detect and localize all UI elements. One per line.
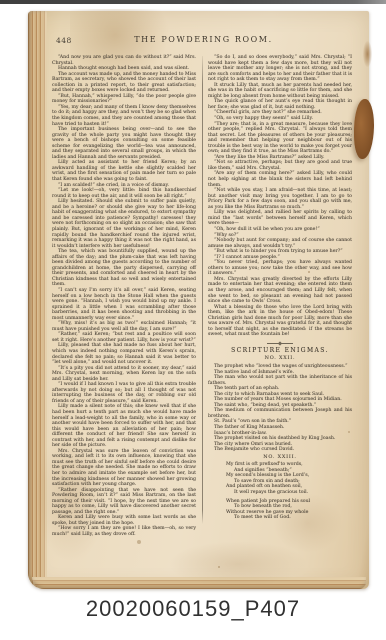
paragraph: “Yes, my dear; and many of them I know d… — [52, 105, 196, 127]
paragraph: Mrs. Chrystal was greatly diverted by th… — [208, 277, 352, 305]
paragraph: “But, Hannah,” whispered Lilly, “do the … — [52, 94, 196, 105]
paragraph: The account was made up, and the money h… — [52, 72, 196, 94]
book-page-scan: 448 THE POWDERING ROOM. “And now you are… — [28, 11, 369, 589]
paragraph: The quick glance of her aunt’s eye read … — [208, 99, 352, 110]
paragraph: Hannah thought enough had been said, and… — [52, 66, 196, 72]
enigma-item: The man who would not part with the inhe… — [208, 375, 352, 386]
paragraph: “Rather disappointing that we have not s… — [52, 488, 196, 516]
paragraph: Lilly was delighted, and rallied her spi… — [208, 210, 352, 227]
page-content: 448 THE POWDERING ROOM. “And now you are… — [52, 35, 355, 565]
paragraph: “Rather,” said Keren; “but rest and a po… — [52, 332, 196, 343]
enigma-poem-stanza-2: When patient Job prepared his soulTo bow… — [208, 499, 352, 521]
paragraph: “They are; that is, in a great measure, … — [208, 122, 352, 155]
paragraph: “How sorry I am they are gone! I like th… — [52, 526, 196, 537]
paragraph: “Nobody but aunt for company; and of cou… — [208, 238, 352, 249]
enigma-item: The number of years that Moses sojourned… — [208, 397, 352, 403]
right-column: “So do I, and so does everybody,” said M… — [208, 55, 352, 538]
book-fore-edge-left — [28, 11, 47, 589]
paragraph: “It’s a pity you did not attend to it so… — [52, 366, 196, 383]
paragraph: Lilly hesitated. Should she submit to su… — [52, 199, 196, 249]
page-curl — [354, 99, 374, 159]
enigma-item: The prophet who “loved the wages of unri… — [208, 364, 352, 370]
text-columns: “And now you are glad you can do without… — [52, 55, 355, 538]
enigma-item: The medium of communication between Jose… — [208, 408, 352, 419]
paragraph: Lilly made a silent note of this; she kn… — [52, 404, 196, 448]
paragraph: “I would if I had known I was to give al… — [52, 382, 196, 404]
enigma-item: The Benjamite who cursed David. — [208, 447, 352, 453]
paragraph: “You never tried, perhaps; you have alwa… — [208, 260, 352, 277]
paragraph: Keren and Lilly were busy with some last… — [52, 515, 196, 526]
paragraph: “I can’t say I’m sorry it’s all over,” s… — [52, 288, 196, 321]
left-column: “And now you are glad you can do without… — [52, 55, 196, 538]
paragraph: “So do I, and so does everybody,” said M… — [208, 55, 352, 83]
enigma-number-22: NO. XXII. — [208, 356, 352, 362]
page-title: THE POWDERING ROOM. — [52, 35, 355, 44]
paragraph: The tea, which was bountifully supplied,… — [52, 249, 196, 288]
enigma-item-list: The prophet who “loved the wages of unri… — [208, 364, 352, 453]
section-heading: SCRIPTURE ENIGMAS. — [208, 348, 352, 354]
poem-line: It well repays the gracious toil. — [208, 490, 352, 496]
book-fore-edge-bottom — [32, 577, 366, 589]
enigma-item: The prophet visited on his deathbed by K… — [208, 436, 352, 442]
running-head: 448 THE POWDERING ROOM. — [52, 35, 355, 48]
right-column-paragraphs: “So do I, and so does everybody,” said M… — [208, 55, 352, 338]
paragraph: “And now you are glad you can do without… — [52, 55, 196, 66]
enigma-poem-stanza-1: My first is oft prefixed to words,And si… — [208, 462, 352, 495]
paragraph: “But what is to hinder you from trying t… — [208, 249, 352, 255]
paragraph: “Not so attractive, perhaps; but they ar… — [208, 160, 352, 171]
enigma-number-23: NO. XXIII. — [208, 455, 352, 461]
scan-top-edge — [0, 0, 386, 4]
paragraph: What a blessing do those who love the Lo… — [208, 305, 352, 338]
paragraph: Mrs. Chrystal was sure the leaven of con… — [52, 449, 196, 488]
archive-id-label: 20020060159_P407 — [0, 596, 386, 622]
paragraph: Lilly, pleased that she had made no fuss… — [52, 343, 196, 365]
paragraph: “Let me look!—oh, very little: bind this… — [52, 188, 196, 199]
paragraph: “Why, miss! it’s as big as two!” exclaim… — [52, 321, 196, 332]
paragraph: Lilly acted as assistant to her friend K… — [52, 160, 196, 182]
paragraph: It struck Lilly that, much as her parent… — [208, 83, 352, 100]
paragraph: “Not while you stay, I am afraid—not thi… — [208, 188, 352, 210]
paragraph: The important business being over—and to… — [52, 127, 196, 160]
poem-line: To meet the will of God. — [208, 515, 352, 521]
page-curl-shadow — [363, 41, 372, 67]
paragraph: “Are any of them coming here?” asked Lil… — [208, 171, 352, 188]
swelled-rule-icon — [267, 343, 293, 344]
column-divider — [202, 56, 203, 524]
